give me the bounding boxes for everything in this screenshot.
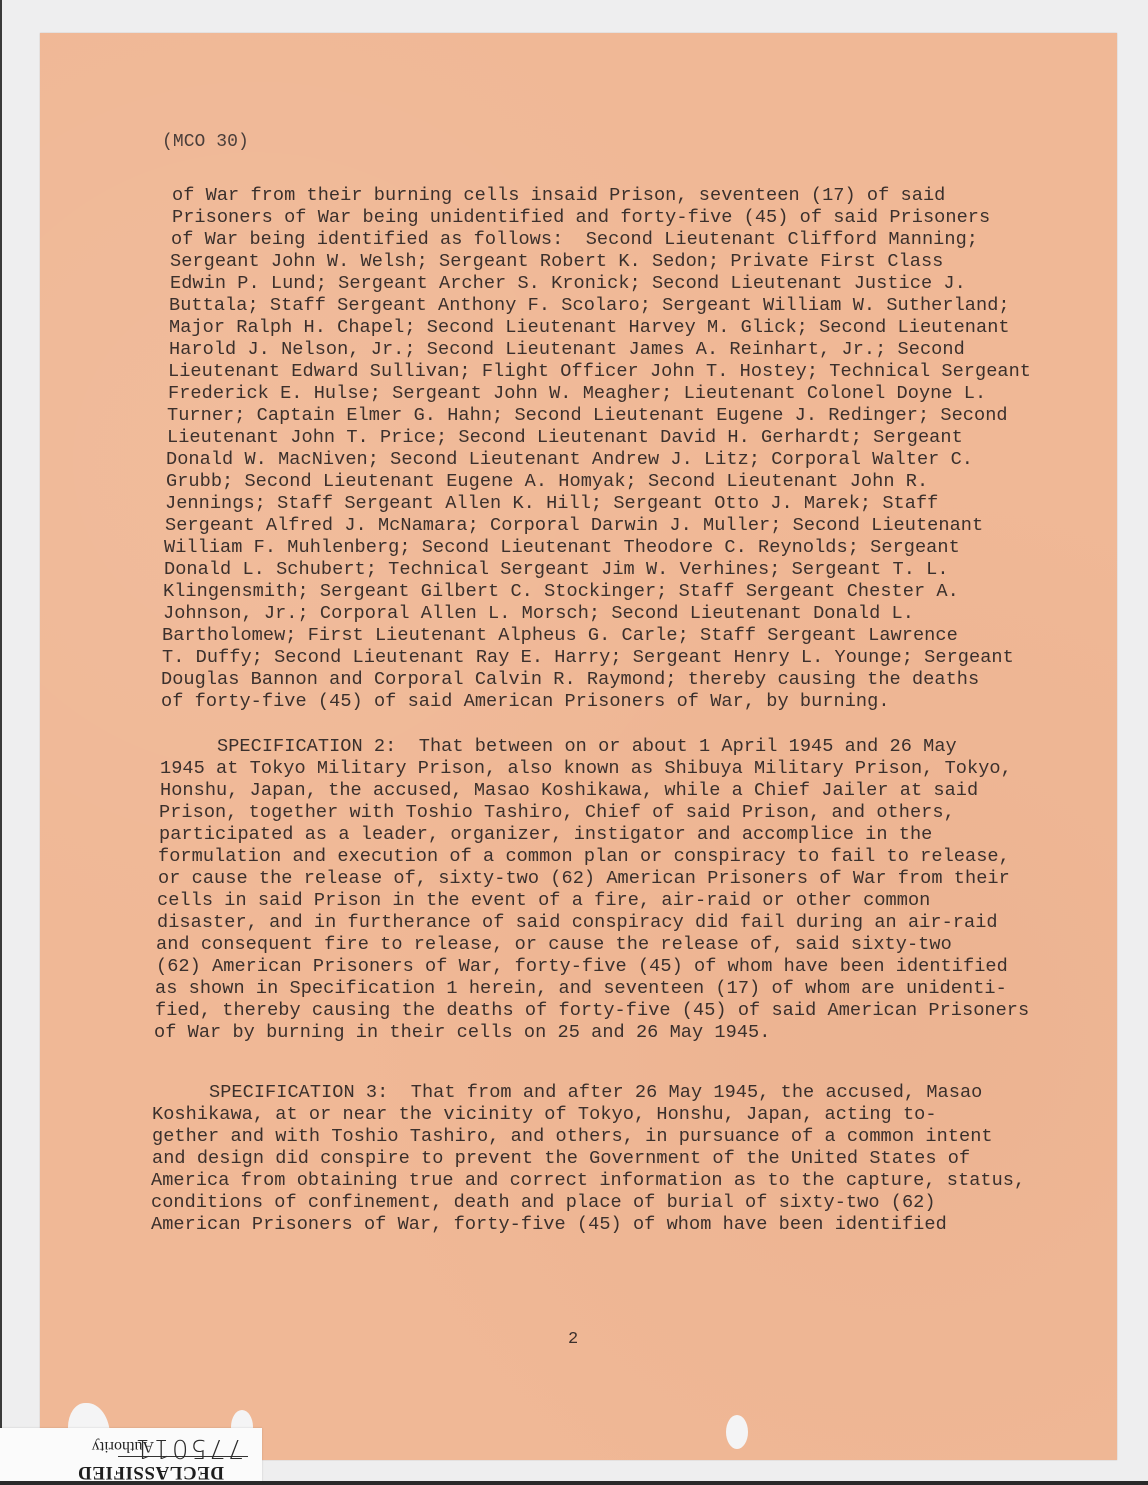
text-line: as shown in Specification 1 herein, and …	[155, 978, 1007, 1000]
text-line: conditions of confinement, death and pla…	[151, 1192, 936, 1214]
text-line: Major Ralph H. Chapel; Second Lieutenant…	[169, 317, 1010, 339]
text-line: Harold J. Nelson, Jr.; Second Lieutenant…	[169, 339, 965, 361]
text-line: participated as a leader, organizer, ins…	[159, 824, 932, 846]
text-line: Jennings; Staff Sergeant Allen K. Hill; …	[165, 493, 938, 515]
text-line: American Prisoners of War, forty-five (4…	[151, 1214, 947, 1236]
text-line: of War being identified as follows: Seco…	[171, 229, 978, 251]
text-line: (62) American Prisoners of War, forty-fi…	[156, 956, 1008, 978]
text-line: Donald L. Schubert; Technical Sergeant J…	[164, 559, 949, 581]
document-header: (MCO 30)	[162, 131, 249, 153]
text-line: cells in said Prison in the event of a f…	[157, 890, 930, 912]
text-line: Sergeant Alfred J. McNamara; Corporal Da…	[165, 515, 983, 537]
text-line: disaster, and in furtherance of said con…	[157, 912, 998, 934]
text-line: Bartholomew; First Lieutenant Alpheus G.…	[162, 625, 958, 647]
text-line: Lieutenant John T. Price; Second Lieuten…	[167, 427, 963, 449]
text-line: Klingensmith; Sergeant Gilbert C. Stocki…	[163, 581, 959, 603]
punch-hole-right	[726, 1415, 748, 1449]
text-line: gether and with Toshio Tashiro, and othe…	[152, 1126, 993, 1148]
text-line: Lieutenant Edward Sullivan; Flight Offic…	[168, 361, 1031, 383]
text-line: of forty-five (45) of said American Pris…	[161, 691, 890, 713]
text-line: Johnson, Jr.; Corporal Allen L. Morsch; …	[163, 603, 914, 625]
text-line: Douglas Bannon and Corporal Calvin R. Ra…	[161, 669, 979, 691]
text-line: William F. Muhlenberg; Second Lieutenant…	[164, 537, 960, 559]
text-line: America from obtaining true and correct …	[151, 1170, 1025, 1192]
text-line: of War by burning in their cells on 25 a…	[154, 1022, 770, 1044]
text-line: T. Duffy; Second Lieutenant Ray E. Harry…	[162, 647, 1014, 669]
scanner-edge	[0, 0, 2, 1485]
text-line: Prisoners of War being unidentified and …	[172, 207, 990, 229]
text-line: Prison, together with Toshio Tashiro, Ch…	[159, 802, 955, 824]
text-line: of War from their burning cells insaid P…	[172, 185, 945, 207]
specification-heading-line: SPECIFICATION 2: That between on or abou…	[217, 736, 957, 758]
stamp-authority-label: Authority	[92, 1437, 154, 1455]
specification-heading-line: SPECIFICATION 3: That from and after 26 …	[209, 1082, 982, 1104]
text-line: Edwin P. Lund; Sergeant Archer S. Kronic…	[170, 273, 966, 295]
text-line: and consequent fire to release, or cause…	[156, 934, 952, 956]
scanner-bottom-edge	[0, 1481, 1148, 1485]
stamp-title: DECLASSIFIED	[78, 1461, 224, 1483]
text-line: Koshikawa, at or near the vicinity of To…	[152, 1104, 937, 1126]
text-line: or cause the release of, sixty-two (62) …	[158, 868, 1010, 890]
text-line: Sergeant John W. Welsh; Sergeant Robert …	[170, 251, 943, 273]
text-line: fied, thereby causing the deaths of fort…	[155, 1000, 1029, 1022]
declassified-stamp: DECLASSIFIED 775011 Authority	[0, 1428, 262, 1485]
document-page: (MCO 30) of War from their burning cells…	[40, 33, 1117, 1460]
text-line: Turner; Captain Elmer G. Hahn; Second Li…	[167, 405, 1008, 427]
page-number: 2	[568, 1330, 578, 1349]
text-line: 1945 at Tokyo Military Prison, also know…	[160, 758, 1012, 780]
text-line: formulation and execution of a common pl…	[158, 846, 1010, 868]
text-line: Donald W. MacNiven; Second Lieutenant An…	[166, 449, 973, 471]
text-line: Frederick E. Hulse; Sergeant John W. Mea…	[168, 383, 986, 405]
text-line: Grubb; Second Lieutenant Eugene A. Homya…	[166, 471, 928, 493]
text-line: Buttala; Staff Sergeant Anthony F. Scola…	[169, 295, 1010, 317]
text-line: Honshu, Japan, the accused, Masao Koshik…	[160, 780, 978, 802]
text-line: and design did conspire to prevent the G…	[152, 1148, 970, 1170]
